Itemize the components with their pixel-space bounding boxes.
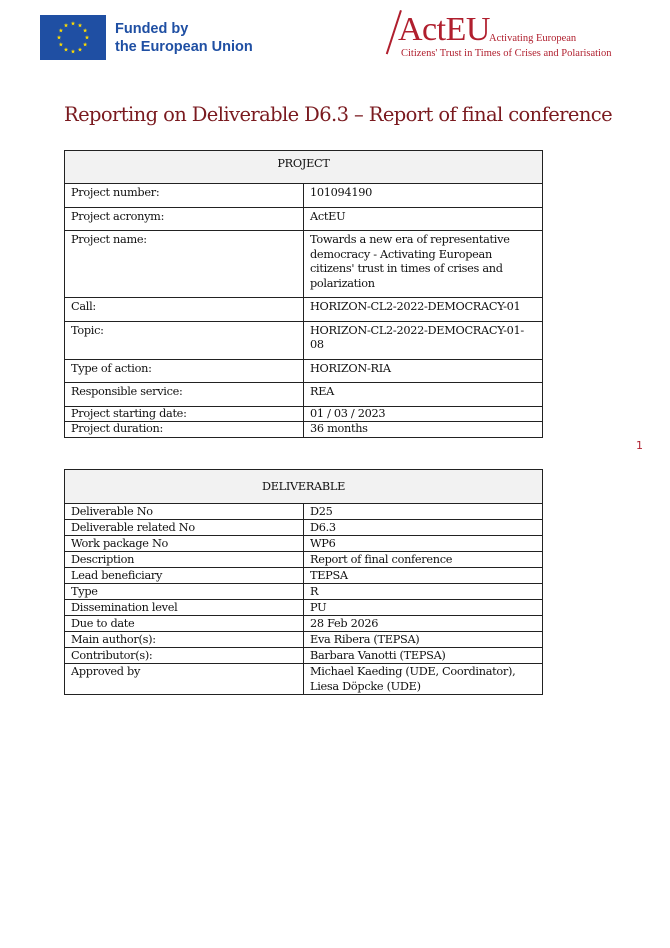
row-label: Lead beneficiary [65, 568, 304, 584]
acteu-tagline-2: Citizens' Trust in Times of Crises and P… [401, 48, 611, 59]
row-value: PU [304, 600, 543, 616]
table-row: Main author(s):Eva Ribera (TEPSA) [65, 632, 543, 648]
row-label: Contributor(s): [65, 648, 304, 664]
table-row: Project number:101094190 [65, 184, 543, 208]
row-label: Project acronym: [65, 207, 304, 231]
table-row: DescriptionReport of final conference [65, 552, 543, 568]
page-title: Reporting on Deliverable D6.3 – Report o… [64, 103, 612, 126]
table-row: TypeR [65, 584, 543, 600]
eu-funding-line1: Funded by [115, 20, 253, 38]
eu-funding-logo: Funded by the European Union [40, 15, 253, 60]
row-label: Description [65, 552, 304, 568]
eu-flag-icon [40, 15, 106, 60]
row-label: Approved by [65, 664, 304, 695]
table-row: Lead beneficiaryTEPSA [65, 568, 543, 584]
table-row: Work package NoWP6 [65, 536, 543, 552]
row-value: D6.3 [304, 520, 543, 536]
table-row: Deliverable NoD25 [65, 504, 543, 520]
row-value: TEPSA [304, 568, 543, 584]
row-value: Towards a new era of representative demo… [304, 231, 543, 298]
eu-funding-text: Funded by the European Union [115, 20, 253, 56]
row-value: HORIZON-CL2-2022-DEMOCRACY-01-08 [304, 321, 543, 359]
row-label: Topic: [65, 321, 304, 359]
row-label: Dissemination level [65, 600, 304, 616]
table-row: Project starting date: 01 / 03 / 2023 [65, 406, 543, 422]
table-row: Project duration:36 months [65, 422, 543, 438]
eu-funding-line2: the European Union [115, 38, 253, 56]
row-label: Deliverable No [65, 504, 304, 520]
table-row: Responsible service:REA [65, 383, 543, 407]
row-value: D25 [304, 504, 543, 520]
project-table-heading: PROJECT [65, 151, 543, 184]
deliverable-table: DELIVERABLE Deliverable NoD25Deliverable… [64, 469, 543, 695]
row-label: Work package No [65, 536, 304, 552]
row-value: Michael Kaeding (UDE, Coordinator), Lies… [304, 664, 543, 695]
table-row: Deliverable related NoD6.3 [65, 520, 543, 536]
row-value: HORIZON-RIA [304, 359, 543, 383]
table-row: Call:HORIZON-CL2-2022-DEMOCRACY-01 [65, 298, 543, 322]
row-value: ActEU [304, 207, 543, 231]
row-label: Main author(s): [65, 632, 304, 648]
row-label: Due to date [65, 616, 304, 632]
row-value: Eva Ribera (TEPSA) [304, 632, 543, 648]
row-value: 101094190 [304, 184, 543, 208]
page-number: 1 [636, 439, 643, 452]
row-value: REA [304, 383, 543, 407]
row-label: Deliverable related No [65, 520, 304, 536]
row-label: Project number: [65, 184, 304, 208]
row-label: Project duration: [65, 422, 304, 438]
row-label: Type [65, 584, 304, 600]
acteu-tagline-1: Activating European [489, 33, 576, 44]
table-row: Dissemination levelPU [65, 600, 543, 616]
deliverable-table-heading: DELIVERABLE [65, 470, 543, 504]
row-value: 36 months [304, 422, 543, 438]
table-row: Contributor(s):Barbara Vanotti (TEPSA) [65, 648, 543, 664]
row-label: Type of action: [65, 359, 304, 383]
table-row: Due to date28 Feb 2026 [65, 616, 543, 632]
row-value: 28 Feb 2026 [304, 616, 543, 632]
row-label: Project name: [65, 231, 304, 298]
row-value: Barbara Vanotti (TEPSA) [304, 648, 543, 664]
acteu-logo: ActEU Activating European Citizens' Trus… [398, 12, 638, 62]
acteu-brand: ActEU [398, 12, 490, 48]
table-row: Project acronym:ActEU [65, 207, 543, 231]
row-label: Project starting date: [65, 406, 304, 422]
table-row: Type of action:HORIZON-RIA [65, 359, 543, 383]
row-label: Responsible service: [65, 383, 304, 407]
row-value: R [304, 584, 543, 600]
table-row: Topic:HORIZON-CL2-2022-DEMOCRACY-01-08 [65, 321, 543, 359]
row-label: Call: [65, 298, 304, 322]
row-value: HORIZON-CL2-2022-DEMOCRACY-01 [304, 298, 543, 322]
row-value: Report of final conference [304, 552, 543, 568]
project-table: PROJECT Project number:101094190Project … [64, 150, 543, 438]
row-value: 01 / 03 / 2023 [304, 406, 543, 422]
row-value: WP6 [304, 536, 543, 552]
table-row: Approved byMichael Kaeding (UDE, Coordin… [65, 664, 543, 695]
table-row: Project name:Towards a new era of repres… [65, 231, 543, 298]
